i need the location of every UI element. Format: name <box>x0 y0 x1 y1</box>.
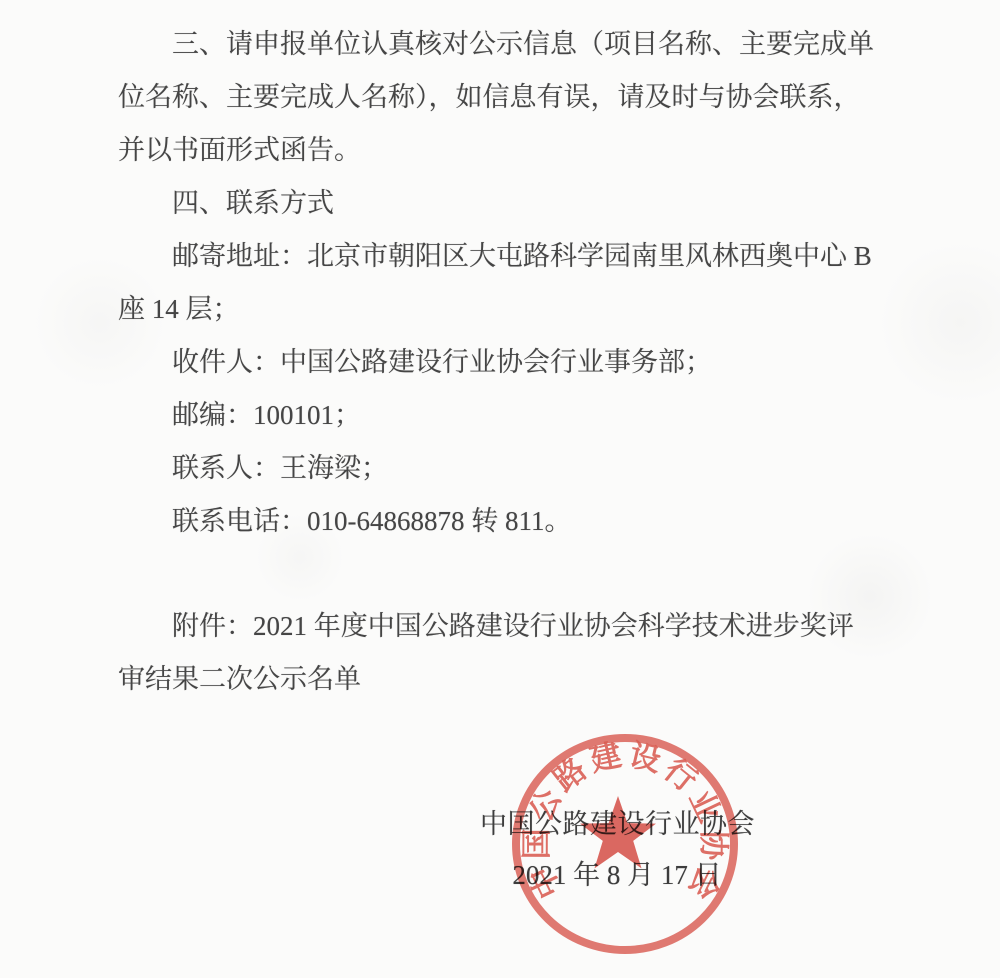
recipient-line: 收件人：中国公路建设行业协会行业事务部； <box>118 336 896 389</box>
contact-person-line: 联系人：王海梁； <box>118 442 896 495</box>
paragraph-line: 位名称、主要完成人名称），如信息有误，请及时与协会联系， <box>118 71 896 124</box>
section-heading-line: 四、联系方式 <box>118 177 896 230</box>
official-seal: 中国公路建设行业协会 <box>509 732 741 960</box>
postcode-line: 邮编：100101； <box>118 389 896 442</box>
document-page: 三、请申报单位认真核对公示信息（项目名称、主要完成单 位名称、主要完成人名称），… <box>0 0 1000 978</box>
attachment-line: 附件：2021 年度中国公路建设行业协会科学技术进步奖评 <box>118 600 896 653</box>
mail-address-line: 座 14 层； <box>118 283 896 336</box>
mail-address-line: 邮寄地址：北京市朝阳区大屯路科学园南里风林西奥中心 B <box>118 230 896 283</box>
document-body: 三、请申报单位认真核对公示信息（项目名称、主要完成单 位名称、主要完成人名称），… <box>118 18 896 706</box>
star-icon <box>580 796 656 868</box>
paragraph-line: 三、请申报单位认真核对公示信息（项目名称、主要完成单 <box>118 18 896 71</box>
attachment-line: 审结果二次公示名单 <box>118 653 896 706</box>
paragraph-line: 并以书面形式函告。 <box>118 124 896 177</box>
contact-phone-line: 联系电话：010-64868878 转 811。 <box>118 495 896 548</box>
